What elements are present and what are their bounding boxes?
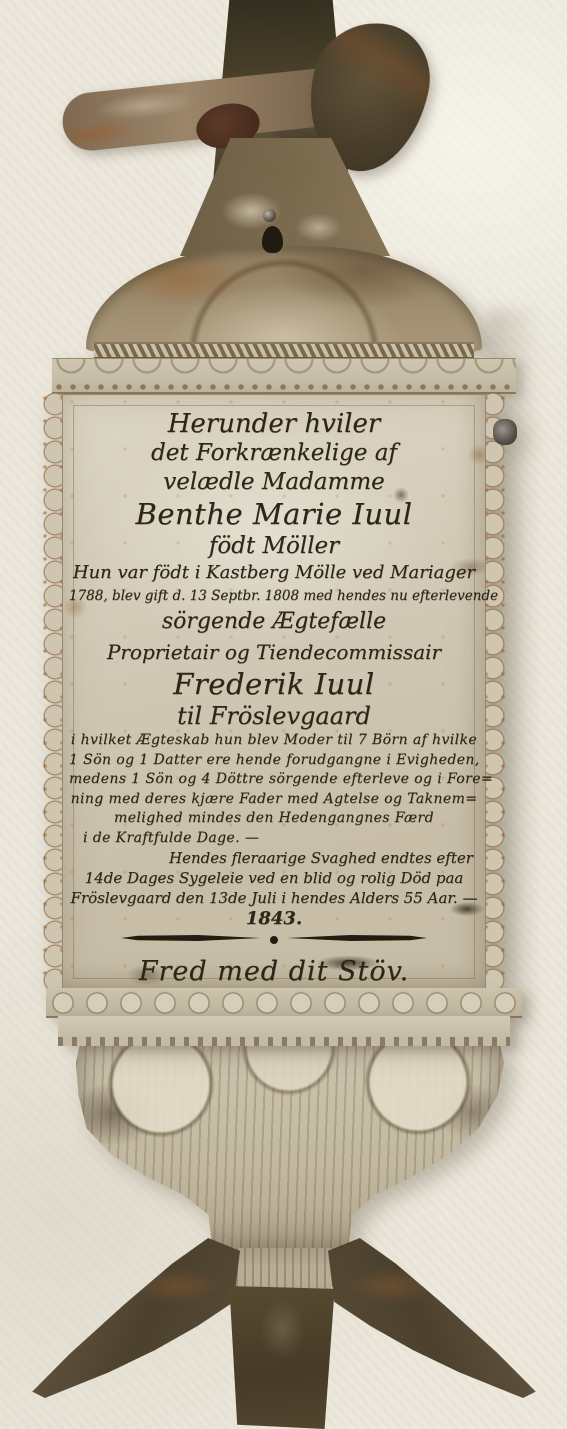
inscription-line: i de Kraftfulde Dage. — [69, 829, 479, 849]
inscription: Herunder hviler det Forkrænkelige af vel… [63, 395, 485, 989]
inscription-line: Hendes fleraarige Svaghed endtes efter [69, 848, 479, 868]
photo-of-memorial-plaque: Herunder hviler det Forkrænkelige af vel… [0, 0, 567, 1429]
inscription-line: velædle Madamme [69, 467, 479, 497]
ribbon-tail-center [226, 1286, 338, 1429]
mounting-screw [263, 209, 276, 222]
inscription-line: melighed mindes den Hedengangnes Færd [69, 809, 479, 829]
base-ornament [76, 1042, 504, 1248]
molding-bottom-lower [58, 1016, 510, 1046]
flourish-stroke-left [121, 935, 261, 941]
inscription-line-name-deceased: Benthe Marie Iuul [69, 497, 479, 531]
inscription-line: medens 1 Sön og 4 Döttre sörgende efterl… [69, 770, 479, 790]
inscription-panel-frame: Herunder hviler det Forkrænkelige af vel… [38, 392, 510, 992]
inscription-line: Hun var födt i Kastberg Mölle ved Mariag… [69, 561, 479, 585]
metal-clip [493, 419, 517, 445]
inscription-line: Fröslevgaard den 13de Juli i hendes Alde… [69, 888, 479, 908]
scalloped-edge-right [484, 392, 510, 992]
inscription-line: i hvilket Ægteskab hun blev Moder til 7 … [69, 731, 479, 751]
molding-bottom-upper [46, 988, 522, 1018]
inscription-line-name-widower: Frederik Iuul [69, 667, 479, 701]
inscription-line: sörgende Ægtefælle [69, 607, 479, 637]
inscription-line: Herunder hviler [69, 409, 479, 439]
base-ornament-wrap [76, 1042, 504, 1248]
inscription-panel: Herunder hviler det Forkrænkelige af vel… [62, 394, 486, 990]
flourish-divider [69, 930, 479, 946]
inscription-line: ning med deres kjære Fader med Agtelse o… [69, 790, 479, 810]
inscription-line: 14de Dages Sygeleie ved en blid og rolig… [69, 868, 479, 888]
inscription-line: 1788, blev gift d. 13 Septbr. 1808 med h… [69, 585, 479, 607]
inscription-line: det Forkrænkelige af [69, 439, 479, 467]
inscription-line-year: 1843. [69, 908, 479, 930]
rope-border [94, 342, 474, 359]
inscription-line: Proprietair og Tiendecommissair [69, 637, 479, 667]
scallop-molding-top [52, 358, 516, 394]
scalloped-edge-left [38, 392, 64, 992]
inscription-line: til Fröslevgaard [69, 701, 479, 731]
keyhole-slot [262, 226, 283, 253]
flourish-stroke-right [287, 935, 427, 941]
inscription-line: 1 Sön og 1 Datter ere hende forudgangne … [69, 751, 479, 771]
inscription-line-epitaph: Fred med dit Stöv. [69, 946, 479, 992]
inscription-line: födt Möller [69, 531, 479, 561]
flourish-dot [270, 936, 278, 944]
